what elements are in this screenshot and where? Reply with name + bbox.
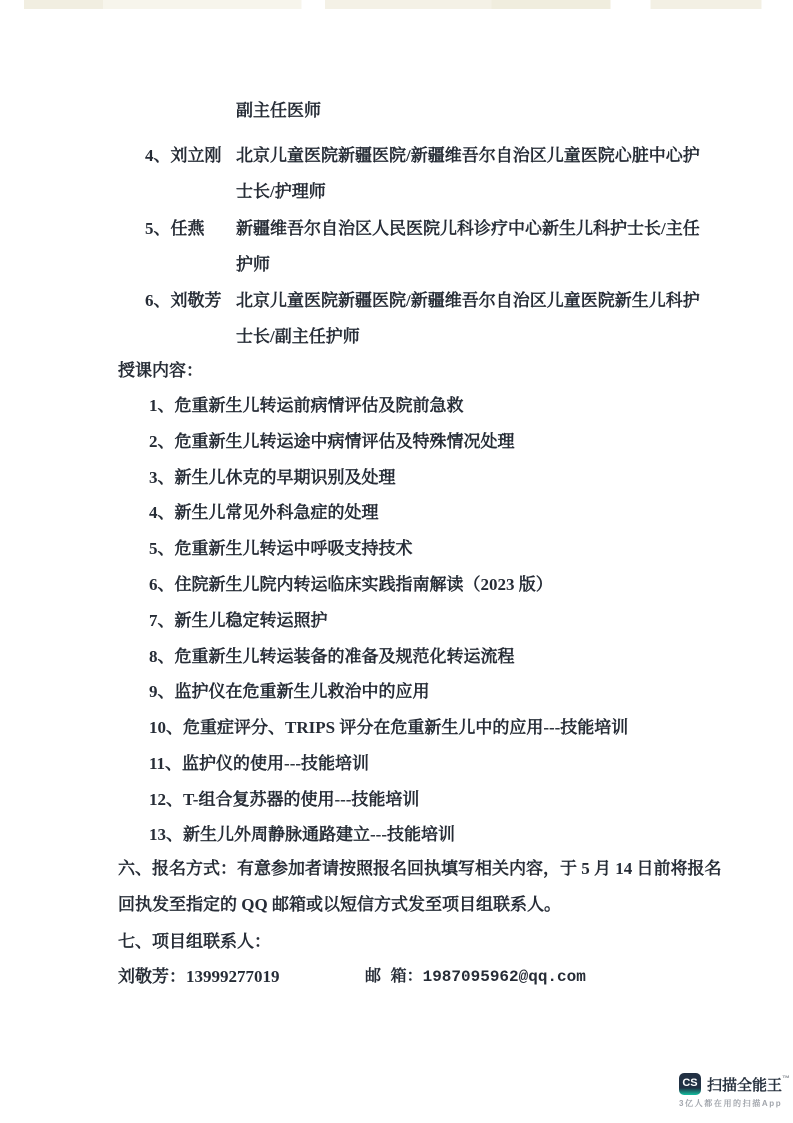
lecturer-number-name: 6、刘敬芳 [145, 290, 222, 312]
contact-name-phone: 刘敬芳：13999277019 [118, 966, 280, 988]
course-item-text: 9、监护仪在危重新生儿救治中的应用 [149, 681, 430, 703]
course-item-text: 10、危重症评分、TRIPS 评分在危重新生儿中的应用---技能培训 [149, 717, 628, 739]
course-item-text: 1、危重新生儿转运前病情评估及院前急救 [149, 395, 464, 417]
lecturer-number-name: 5、任燕 [145, 218, 205, 240]
watermark-tagline: 3亿人都在用的扫描App [679, 1098, 789, 1109]
contacts-heading: 七、项目组联系人： [118, 931, 271, 953]
lecturer-title-text: 护师 [236, 254, 270, 276]
watermark-app-name: 扫描全能王™ [707, 1074, 790, 1095]
app-name-text: 扫描全能王 [707, 1077, 782, 1094]
course-item-text: 11、监护仪的使用---技能培训 [149, 753, 369, 775]
course-item-text: 3、新生儿休克的早期识别及处理 [149, 467, 396, 489]
registration-line1: 六、报名方式：有意参加者请按照报名回执填写相关内容，于 5 月 14 日前将报名 [118, 858, 722, 880]
course-item-text: 5、危重新生儿转运中呼吸支持技术 [149, 538, 413, 560]
contact-email: 邮 箱：1987095962@qq.com [365, 966, 586, 988]
lecturer-title-text: 副主任医师 [236, 100, 321, 122]
registration-line2: 回执发至指定的 QQ 邮箱或以短信方式发至项目组联系人。 [118, 894, 561, 916]
watermark-logo-row: CS 扫描全能王™ [679, 1073, 789, 1095]
scan-edge-artifact [0, 0, 793, 9]
lecturer-title-text: 士长/副主任护师 [236, 326, 360, 348]
lecturer-affiliation: 北京儿童医院新疆医院/新疆维吾尔自治区儿童医院心脏中心护 [236, 145, 700, 167]
course-item-text: 7、新生儿稳定转运照护 [149, 610, 328, 632]
scanner-app-watermark: CS 扫描全能王™ 3亿人都在用的扫描App [679, 1073, 789, 1109]
course-item-text: 12、T-组合复苏器的使用---技能培训 [149, 789, 419, 811]
lecturer-title-text: 士长/护理师 [236, 181, 326, 203]
course-content-heading: 授课内容： [118, 360, 203, 382]
lecturer-number-name: 4、刘立刚 [145, 145, 222, 167]
course-item-text: 6、住院新生儿院内转运临床实践指南解读（2023 版） [149, 574, 553, 596]
trademark-mark: ™ [782, 1074, 790, 1083]
lecturer-affiliation: 新疆维吾尔自治区人民医院儿科诊疗中心新生儿科护士长/主任 [236, 218, 700, 240]
course-item-text: 4、新生儿常见外科急症的处理 [149, 502, 379, 524]
lecturer-affiliation: 北京儿童医院新疆医院/新疆维吾尔自治区儿童医院新生儿科护 [236, 290, 700, 312]
camscanner-app-icon: CS [679, 1073, 701, 1095]
course-item-text: 8、危重新生儿转运装备的准备及规范化转运流程 [149, 646, 515, 668]
course-item-text: 13、新生儿外周静脉通路建立---技能培训 [149, 824, 455, 846]
scanned-document-page: 副主任医师 4、刘立刚 北京儿童医院新疆医院/新疆维吾尔自治区儿童医院心脏中心护… [0, 0, 793, 1123]
course-item-text: 2、危重新生儿转运途中病情评估及特殊情况处理 [149, 431, 515, 453]
